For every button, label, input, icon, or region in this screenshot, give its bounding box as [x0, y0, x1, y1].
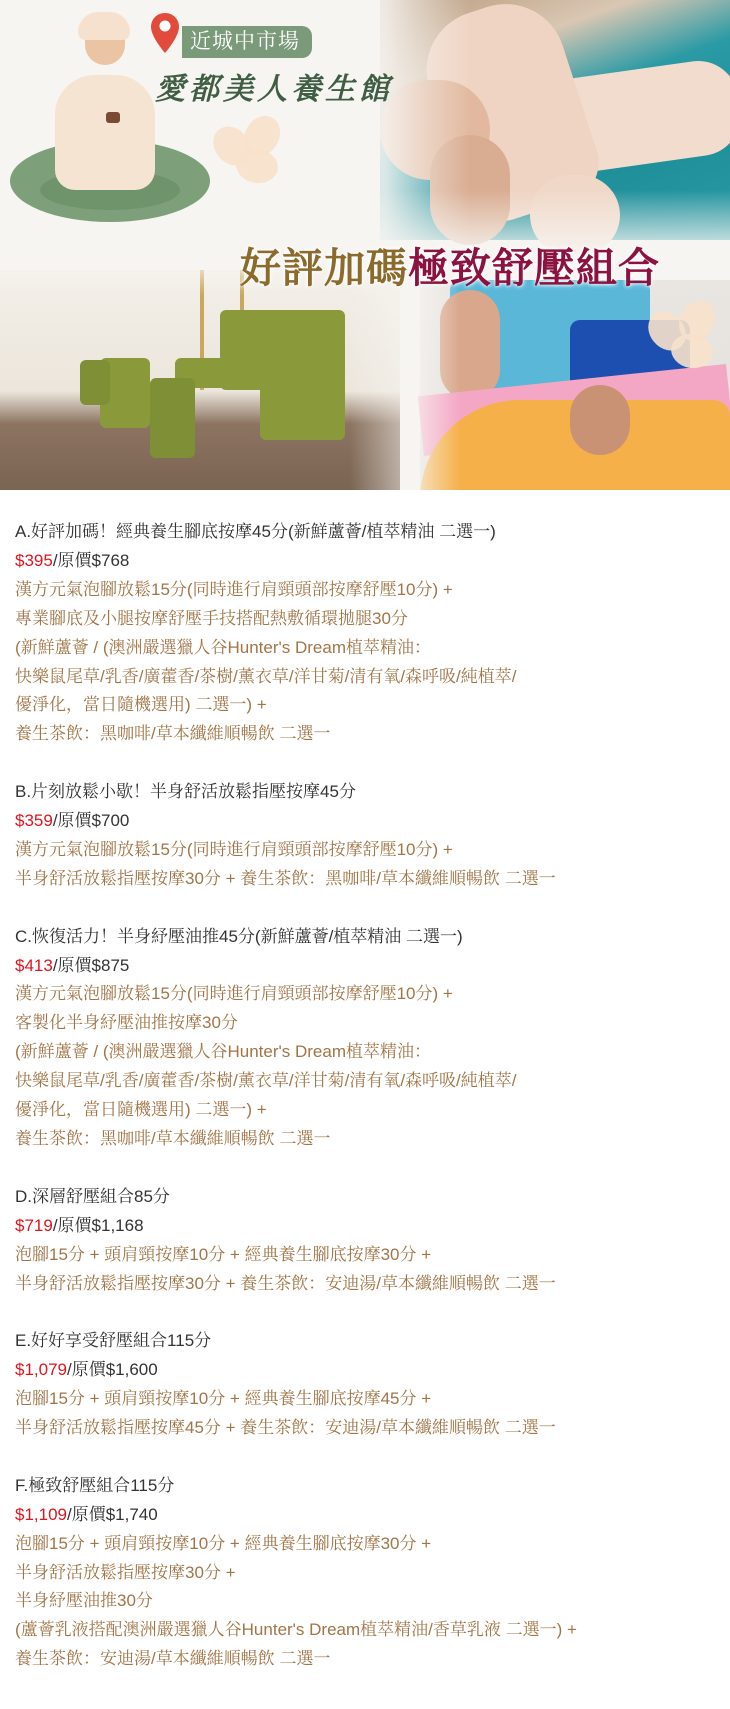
price-line: $719/原價$1,168 [15, 1212, 720, 1241]
promo-title-gold: 好評加碼 [240, 244, 408, 292]
flower-decoration [650, 300, 720, 370]
package-detail: 快樂鼠尾草/乳香/廣藿香/茶樹/薰衣草/洋甘菊/清有氧/森呼吸/純植萃/ [15, 1067, 720, 1096]
package-detail: 專業腳底及小腿按摩舒壓手技搭配熱敷循環拋腿30分 [15, 605, 720, 634]
package-detail: 快樂鼠尾草/乳香/廣藿香/茶樹/薰衣草/洋甘菊/清有氧/森呼吸/純植萃/ [15, 663, 720, 692]
package-detail: 客製化半身紓壓油推按摩30分 [15, 1009, 720, 1038]
package-detail: 漢方元氣泡腳放鬆15分(同時進行肩頸頭部按摩舒壓10分) + [15, 836, 720, 865]
package-a: A.好評加碼！經典養生腳底按摩45分(新鮮蘆薈/植萃精油 二選一) $395/原… [15, 518, 720, 749]
price-line: $1,109/原價$1,740 [15, 1501, 720, 1530]
package-detail: (新鮮蘆薈 / (澳洲嚴選獵人谷Hunter's Dream植萃精油： [15, 1038, 720, 1067]
price-line: $1,079/原價$1,600 [15, 1356, 720, 1385]
package-detail: 半身舒活放鬆指壓按摩30分 + [15, 1559, 720, 1588]
package-detail: 養生茶飲：黑咖啡/草本纖維順暢飲 二選一 [15, 1125, 720, 1154]
package-f: F.極致舒壓組合115分 $1,109/原價$1,740 泡腳15分 + 頭肩頸… [15, 1472, 720, 1674]
sale-price: $395 [15, 551, 53, 570]
package-c: C.恢復活力！半身紓壓油推45分(新鮮蘆薈/植萃精油 二選一) $413/原價$… [15, 923, 720, 1154]
package-detail: 優淨化，當日隨機選用) 二選一) + [15, 691, 720, 720]
package-detail: 半身舒活放鬆指壓按摩30分 + 養生茶飲：安迪湯/草本纖維順暢飲 二選一 [15, 1270, 720, 1299]
package-e: E.好好享受舒壓組合115分 $1,079/原價$1,600 泡腳15分 + 頭… [15, 1327, 720, 1443]
package-detail: 漢方元氣泡腳放鬆15分(同時進行肩頸頭部按摩舒壓10分) + [15, 980, 720, 1009]
store-name: 愛都美人養生館 [155, 70, 393, 110]
flower-decoration [215, 115, 285, 185]
package-detail: 養生茶飲：安迪湯/草本纖維順暢飲 二選一 [15, 1645, 720, 1674]
package-title: E.好好享受舒壓組合115分 [15, 1327, 720, 1356]
package-detail: 半身舒活放鬆指壓按摩30分 + 養生茶飲：黑咖啡/草本纖維順暢飲 二選一 [15, 865, 720, 894]
package-title: F.極致舒壓組合115分 [15, 1472, 720, 1501]
price-line: $413/原價$875 [15, 952, 720, 981]
sale-price: $1,109 [15, 1505, 67, 1524]
package-title: A.好評加碼！經典養生腳底按摩45分(新鮮蘆薈/植萃精油 二選一) [15, 518, 720, 547]
package-detail: 泡腳15分 + 頭肩頸按摩10分 + 經典養生腳底按摩30分 + [15, 1241, 720, 1270]
package-d: D.深層舒壓組合85分 $719/原價$1,168 泡腳15分 + 頭肩頸按摩1… [15, 1183, 720, 1299]
original-price: /原價$1,168 [53, 1216, 144, 1235]
spa-room-photo [0, 270, 400, 490]
package-list: A.好評加碼！經典養生腳底按摩45分(新鮮蘆薈/植萃精油 二選一) $395/原… [15, 518, 720, 1703]
original-price: /原價$1,600 [67, 1360, 158, 1379]
promo-banner: 近城中市場 愛都美人養生館 好評加碼極致舒壓組合 [0, 0, 730, 490]
promo-title: 好評加碼極致舒壓組合 [240, 240, 660, 296]
package-detail: 優淨化，當日隨機選用) 二選一) + [15, 1096, 720, 1125]
sale-price: $413 [15, 956, 53, 975]
package-title: C.恢復活力！半身紓壓油推45分(新鮮蘆薈/植萃精油 二選一) [15, 923, 720, 952]
package-title: B.片刻放鬆小歇！半身舒活放鬆指壓按摩45分 [15, 778, 720, 807]
original-price: /原價$700 [53, 811, 130, 830]
package-detail: (新鮮蘆薈 / (澳洲嚴選獵人谷Hunter's Dream植萃精油： [15, 634, 720, 663]
sale-price: $1,079 [15, 1360, 67, 1379]
original-price: /原價$768 [53, 551, 130, 570]
package-detail: 漢方元氣泡腳放鬆15分(同時進行肩頸頭部按摩舒壓10分) + [15, 576, 720, 605]
package-detail: 養生茶飲：黑咖啡/草本纖維順暢飲 二選一 [15, 720, 720, 749]
package-title: D.深層舒壓組合85分 [15, 1183, 720, 1212]
sale-price: $719 [15, 1216, 53, 1235]
promo-title-red: 極致舒壓組合 [408, 244, 660, 292]
package-detail: 半身舒活放鬆指壓按摩45分 + 養生茶飲：安迪湯/草本纖維順暢飲 二選一 [15, 1414, 720, 1443]
package-b: B.片刻放鬆小歇！半身舒活放鬆指壓按摩45分 $359/原價$700 漢方元氣泡… [15, 778, 720, 894]
price-line: $395/原價$768 [15, 547, 720, 576]
original-price: /原價$875 [53, 956, 130, 975]
package-detail: 泡腳15分 + 頭肩頸按摩10分 + 經典養生腳底按摩45分 + [15, 1385, 720, 1414]
location-pin-icon [150, 12, 180, 54]
original-price: /原價$1,740 [67, 1505, 158, 1524]
sale-price: $359 [15, 811, 53, 830]
price-line: $359/原價$700 [15, 807, 720, 836]
location-badge: 近城中市場 [182, 26, 312, 58]
package-detail: 泡腳15分 + 頭肩頸按摩10分 + 經典養生腳底按摩30分 + [15, 1530, 720, 1559]
package-detail: 半身紓壓油推30分 [15, 1587, 720, 1616]
package-detail: (蘆薈乳液搭配澳洲嚴選獵人谷Hunter's Dream植萃精油/香草乳液 二選… [15, 1616, 720, 1645]
